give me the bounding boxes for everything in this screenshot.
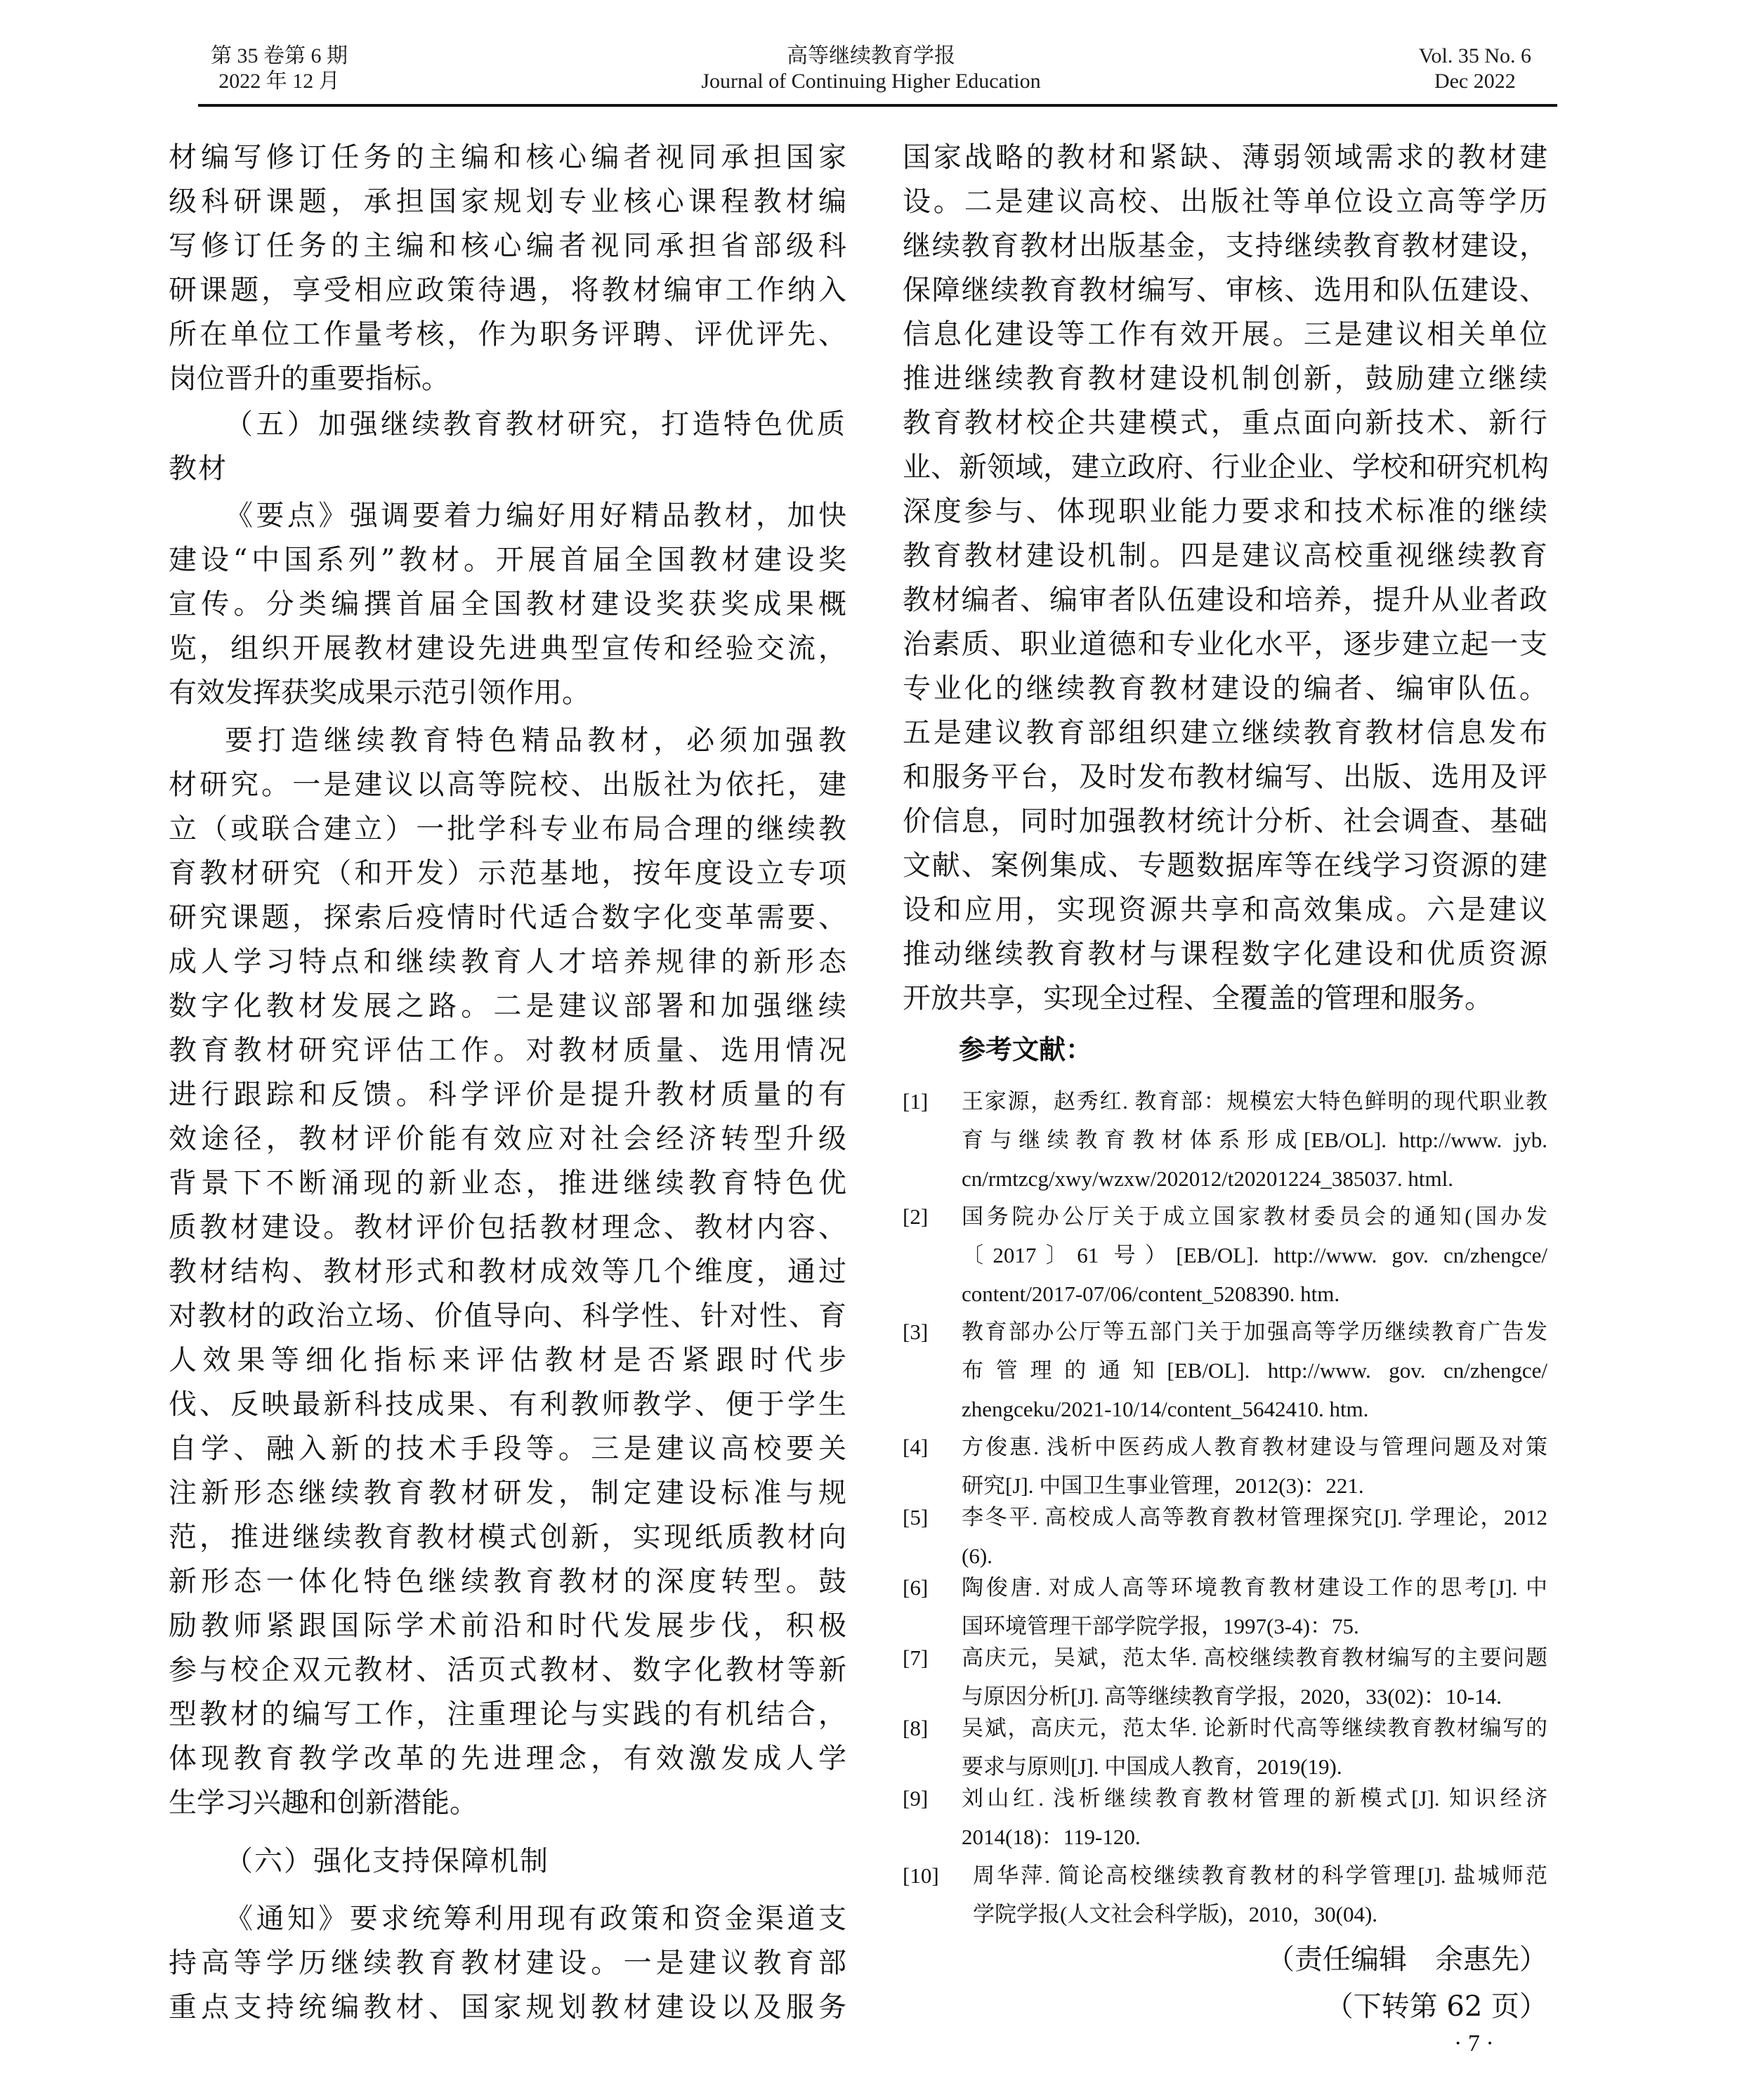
reference-line: cn/rmtzcg/xwy/wzxw/202012/t20201224_3850… [962,1165,1453,1193]
reference-line: 布管理的通知[EB/OL]. http://www. gov. cn/zheng… [962,1357,1547,1385]
reference-line: zhengceku/2021-10/14/content_5642410. ht… [962,1395,1368,1423]
body-line: 推进继续教育教材建设机制创新，鼓励建立继续 [903,362,1547,396]
issue-info-en: Vol. 35 No. 6 Dec 2022 [1419,44,1531,94]
reference-number: [10] [903,1862,939,1890]
reference-line: 刘山红. 浅析继续教育教材管理的新模式[J]. 知识经济 [962,1785,1547,1813]
body-line: 教育教材校企共建模式，重点面向新技术、新行 [903,406,1547,440]
reference-line: 李冬平. 高校成人高等教育教材管理探究[J]. 学理论，2012 [962,1504,1547,1532]
header-rule [198,104,1557,107]
body-line: 范，推进继续教育教材模式创新，实现纸质教材向 [169,1520,846,1554]
reference-line: 吴斌，高庆元，范太华. 论新时代高等继续教育教材编写的 [962,1714,1547,1742]
reference-line: (6). [962,1542,993,1570]
reference-line: 学院学报(人文社会科学版)，2010，30(04). [973,1900,1547,1929]
body-line: 保障继续教育教材编写、审核、选用和队伍建设、 [903,273,1547,307]
body-line: 文献、案例集成、专题数据库等在线学习资源的建 [903,849,1547,882]
reference-line: 国环境管理干部学院学报，1997(3-4)：75. [962,1612,1359,1641]
body-line: 宣传。分类编撰首届全国教材建设奖获奖成果概 [169,587,846,621]
reference-line: 王家源，赵秀红. 教育部：规模宏大特色鲜明的现代职业教 [962,1088,1547,1116]
body-line: 开放共享，实现全过程、全覆盖的管理和服务。 [903,981,1493,1015]
section-heading-5: （五）加强继续教育教材研究，打造特色优质 [225,407,846,441]
body-line: 设和应用，实现资源共享和高效集成。六是建议 [903,893,1547,927]
body-line: 信息化建设等工作有效开展。三是建议相关单位 [903,318,1547,351]
responsible-editor: （责任编辑 余惠先） [1266,1943,1547,1976]
body-line: 业、新领域，建立政府、行业企业、学校和研究机构 [903,450,1547,484]
body-line: 效途径，教材评价能有效应对社会经济转型升级 [169,1122,846,1156]
body-line: 育教材研究（和开发）示范基地，按年度设立专项 [169,856,846,890]
body-line: 所在单位工作量考核，作为职务评聘、评优评先、 [169,318,846,351]
reference-number: [3] [903,1318,928,1346]
reference-line: 与原因分析[J]. 高等继续教育学报，2020，33(02)：10-14. [962,1683,1502,1711]
body-line: 教材结构、教材形式和教材成效等几个维度，通过 [169,1255,846,1289]
reference-number: [2] [903,1203,928,1231]
continued-on-page: （下转第 62 页） [1325,1990,1547,2023]
date-en: Dec 2022 [1419,69,1531,94]
body-line: 体现教育教学改革的先进理念，有效激发成人学 [169,1742,846,1775]
body-line: 岗位晋升的重要指标。 [169,362,450,396]
body-line: 质教材建设。教材评价包括教材理念、教材内容、 [169,1211,846,1244]
body-line: 建设“中国系列”教材。开展首届全国教材建设奖 [169,543,846,577]
body-line: 《要点》强调要着力编好用好精品教材，加快 [225,499,846,533]
body-line: 自学、融入新的技术手段等。三是建议高校要关 [169,1432,846,1466]
body-line: 研课题，享受相应政策待遇，将教材编审工作纳入 [169,273,846,307]
reference-line: 国务院办公厅关于成立国家教材委员会的通知(国办发 [962,1203,1547,1231]
body-line: 专业化的继续教育教材建设的编者、编审队伍。 [903,672,1547,705]
body-line: 进行跟踪和反馈。科学评价是提升教材质量的有 [169,1078,846,1111]
body-line: 注新形态继续教育教材研发，制定建设标准与规 [169,1476,846,1510]
body-line: 深度参与、体现职业能力要求和技术标准的继续 [903,495,1547,528]
body-line: 数字化教材发展之路。二是建议部署和加强继续 [169,989,846,1023]
body-line: 参与校企双元教材、活页式教材、数字化教材等新 [169,1653,846,1687]
body-line: 和服务平台，及时发布教材编写、出版、选用及评 [903,760,1547,794]
body-line: 立（或联合建立）一批学科专业布局合理的继续教 [169,812,846,846]
reference-number: [8] [903,1714,928,1742]
body-line: 价信息，同时加强教材统计分析、社会调查、基础 [903,804,1547,838]
body-line: 材编写修订任务的主编和核心编者视同承担国家 [169,141,846,174]
body-line: 五是建议教育部组织建立继续教育教材信息发布 [903,716,1547,750]
reference-line: 2014(18)：119-120. [962,1823,1141,1851]
reference-number: [6] [903,1574,928,1602]
body-line: 励教师紧跟国际学术前沿和时代发展步伐，积极 [169,1609,846,1643]
reference-number: [7] [903,1644,928,1672]
body-line: 览，组织开展教材建设先进典型宣传和经验交流， [169,632,846,665]
body-line: 型教材的编写工作，注重理论与实践的有机结合， [169,1697,846,1731]
body-line: 对教材的政治立场、价值导向、科学性、针对性、育 [169,1299,846,1333]
reference-number: [1] [903,1088,928,1116]
body-line: 新形态一体化特色继续教育教材的深度转型。鼓 [169,1565,846,1598]
reference-line: 周华萍. 简论高校继续教育教材的科学管理[J]. 盐城师范 [973,1862,1547,1890]
reference-line: 育与继续教育教材体系形成[EB/OL]. http://www. jyb. [962,1126,1547,1154]
body-line: 《通知》要求统筹利用现有政策和资金渠道支 [225,1902,846,1936]
body-line: 有效发挥获奖成果示范引领作用。 [169,676,590,710]
body-line: 写修订任务的主编和核心编者视同承担省部级科 [169,229,846,263]
body-line: 背景下不断涌现的新业态，推进继续教育特色优 [169,1166,846,1200]
body-line: 要打造继续教育特色精品教材，必须加强教 [225,724,846,757]
body-line: 教育教材研究评估工作。对教材质量、选用情况 [169,1033,846,1067]
body-line: 材研究。一是建议以高等院校、出版社为依托，建 [169,768,846,802]
references-title: 参考文献： [959,1034,1092,1065]
body-line: 推动继续教育教材与课程数字化建设和优质资源 [903,937,1547,971]
body-line: 研究课题，探索后疫情时代适合数字化变革需要、 [169,901,846,934]
body-line: 设。二是建议高校、出版社等单位设立高等学历 [903,185,1547,219]
reference-number: [4] [903,1433,928,1461]
body-line: 伐、反映最新科技成果、有利教师教学、便于学生 [169,1388,846,1421]
reference-line: 〔2017〕61 号）[EB/OL]. http://www. gov. cn/… [962,1241,1547,1270]
reference-line: 教育部办公厅等五部门关于加强高等学历继续教育广告发 [962,1318,1547,1346]
body-line: 教材编者、编审者队伍建设和培养，提升从业者政 [903,583,1547,617]
page-number: · 7 · [1454,2030,1494,2057]
reference-line: 要求与原则[J]. 中国成人教育，2019(19). [962,1753,1342,1781]
reference-line: 方俊惠. 浅析中医药成人教育教材建设与管理问题及对策 [962,1433,1547,1461]
section-heading-5-cont: 教材 [169,452,228,485]
section-heading-6: （六）强化支持保障机制 [225,1844,549,1878]
reference-number: [9] [903,1785,928,1813]
body-line: 治素质、职业道德和专业化水平，逐步建立起一支 [903,627,1547,661]
body-line: 重点支持统编教材、国家规划教材建设以及服务 [169,1990,846,2024]
body-line: 持高等学历继续教育教材建设。一是建议教育部 [169,1946,846,1980]
body-line: 人效果等细化指标来评估教材是否紧跟时代步 [169,1343,846,1377]
body-line: 国家战略的教材和紧缺、薄弱领域需求的教材建 [903,141,1547,174]
volume-issue-en: Vol. 35 No. 6 [1419,44,1531,69]
reference-line: 研究[J]. 中国卫生事业管理，2012(3)：221. [962,1472,1364,1500]
reference-line: 高庆元，吴斌，范太华. 高校继续教育教材编写的主要问题 [962,1644,1547,1672]
reference-line: content/2017-07/06/content_5208390. htm. [962,1280,1340,1308]
reference-line: 陶俊唐. 对成人高等环境教育教材建设工作的思考[J]. 中 [962,1574,1547,1602]
body-line: 继续教育教材出版基金，支持继续教育教材建设， [903,229,1547,263]
body-line: 成人学习特点和继续教育人才培养规律的新形态 [169,945,846,979]
body-line: 级科研课题，承担国家规划专业核心课程教材编 [169,185,846,219]
reference-number: [5] [903,1504,928,1532]
body-line: 教育教材建设机制。四是建议高校重视继续教育 [903,539,1547,573]
body-line: 生学习兴趣和创新潜能。 [169,1786,478,1820]
